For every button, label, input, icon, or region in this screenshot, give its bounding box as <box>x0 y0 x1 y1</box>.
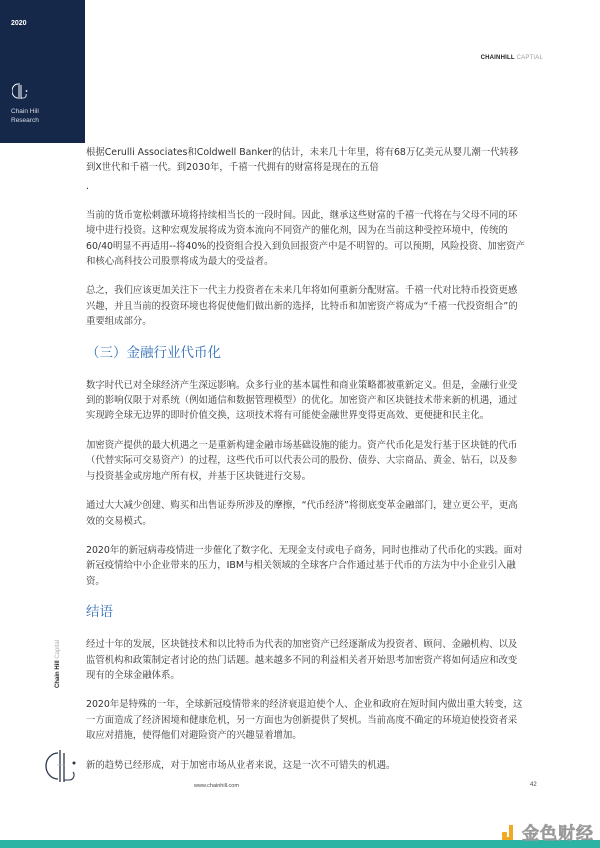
paragraph-dot: . <box>86 182 526 194</box>
footer-url: www.chainhill.com <box>194 783 239 789</box>
paragraph: 2020年是特殊的一年，全球新冠疫情带来的经济衰退迫使个人、企业和政府在短时间内… <box>86 697 526 743</box>
sidebar-brand: Chain Hill Research <box>11 107 39 125</box>
chainhill-logo-icon <box>45 748 81 784</box>
paragraph: 根据Cerulli Associates和Coldwell Banker的估计，… <box>86 145 526 176</box>
paragraph: 加密资产提供的最大机遇之一是重新构建金融市场基础设施的能力。资产代币化是发行基于… <box>86 438 526 484</box>
section-heading-conclusion: 结语 <box>86 603 526 621</box>
paragraph: 通过大大减少创建、购买和出售证券所涉及的摩擦，“代币经济”将彻底变革金融部门，建… <box>86 498 526 529</box>
sidebar-brand-line2: Research <box>11 116 39 125</box>
paragraph: 当前的货币宽松刺激环境将持续相当长的一段时间。因此，继承这些财富的千禧一代将在与… <box>86 208 526 270</box>
jinse-logo-icon <box>502 824 518 840</box>
page-number: 42 <box>530 782 537 788</box>
header-brand-bold: CHAINHILL <box>481 55 515 61</box>
sidebar-panel: 2020 Chain Hill Research <box>0 0 85 143</box>
document-body: 根据Cerulli Associates和Coldwell Banker的估计，… <box>86 145 526 787</box>
paragraph: 2020年的新冠病毒疫情进一步催化了数字化、无现金支付或电子商务，同时也推动了代… <box>86 543 526 589</box>
paragraph: 经过十年的发展，区块链技术和以比特币为代表的加密资产已经逐渐成为投资者、顾问、金… <box>86 637 526 683</box>
paragraph: 总之，我们应该更加关注下一代主力投资者在未来几年将如何重新分配财富。千禧一代对比… <box>86 283 526 329</box>
paragraph: 新的趋势已经形成，对于加密市场从业者来说，这是一次不可错失的机遇。 <box>86 758 526 773</box>
section-heading-tokenization: （三）金融行业代币化 <box>86 344 526 362</box>
header-brand: CHAINHILL CAPTIAL <box>481 55 543 61</box>
chainhill-logo-icon <box>12 82 28 100</box>
vertical-brand-light: Capital <box>55 640 61 660</box>
header-brand-light: CAPTIAL <box>515 55 543 61</box>
sidebar-brand-line1: Chain Hill <box>11 107 39 116</box>
watermark: 金色财经 <box>502 819 594 844</box>
paragraph: 数字时代已对全球经济产生深远影响。众多行业的基本属性和商业策略都被重新定义。但是… <box>86 378 526 424</box>
vertical-brand: Chain Hill Capital <box>55 630 65 688</box>
vertical-brand-bold: Chain Hill <box>55 660 61 688</box>
year-label: 2020 <box>11 20 27 27</box>
watermark-text: 金色财经 <box>522 819 594 844</box>
